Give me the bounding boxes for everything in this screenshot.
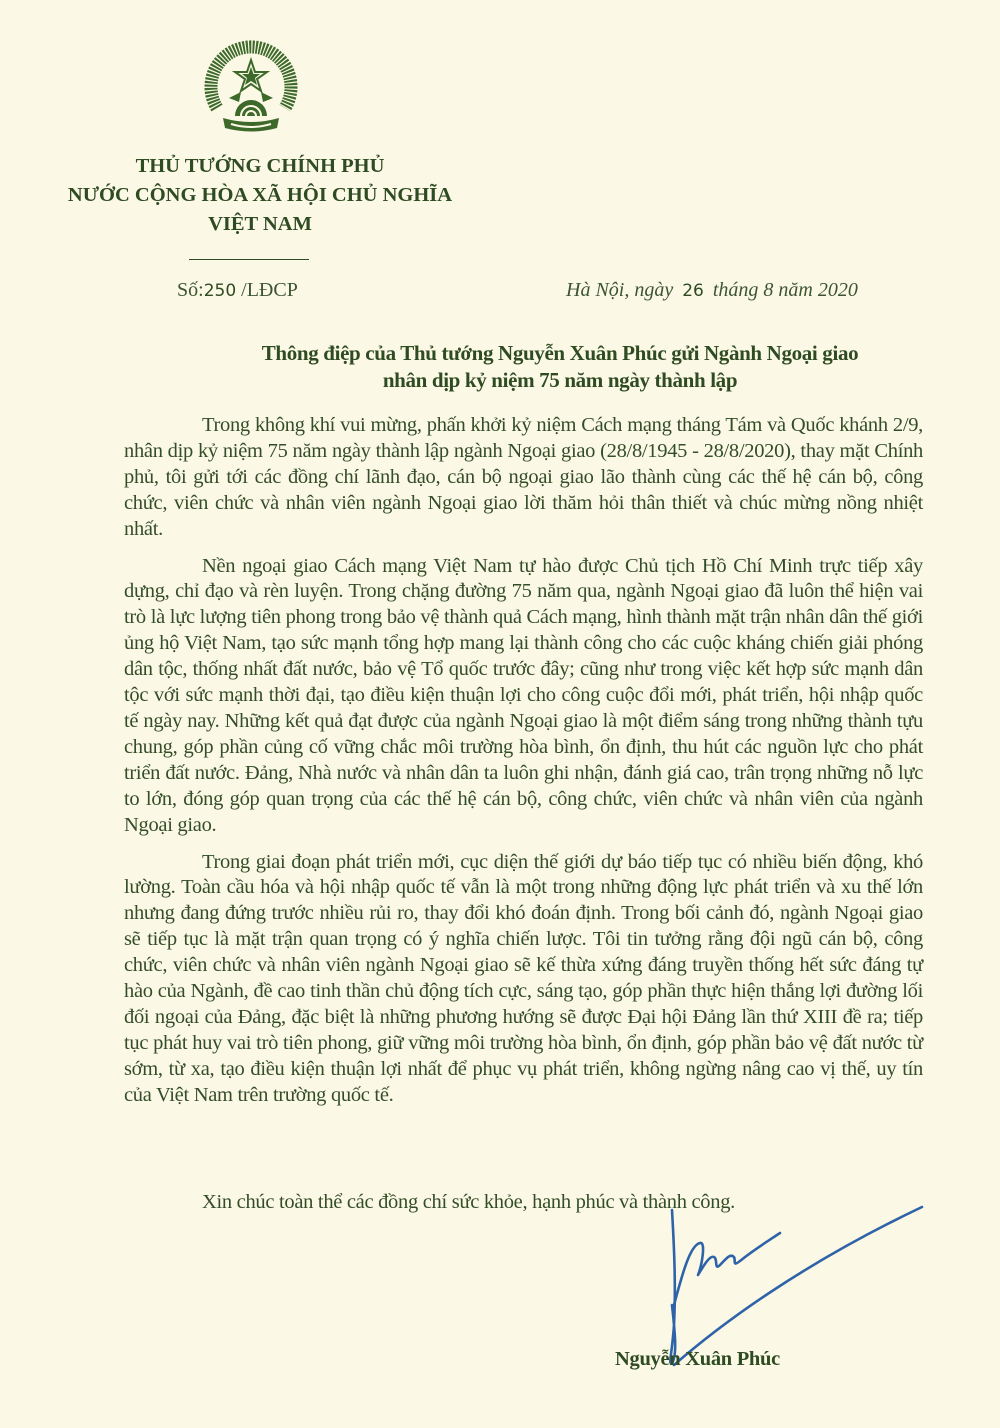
letterhead: THỦ TƯỚNG CHÍNH PHỦ NƯỚC CỘNG HÒA XÃ HỘI…	[40, 152, 480, 239]
date-prefix: Hà Nội, ngày	[566, 279, 673, 301]
doc-number-suffix: /LĐCP	[241, 279, 298, 301]
letterhead-line-country: NƯỚC CỘNG HÒA XÃ HỘI CHỦ NGHĨA	[40, 181, 480, 210]
closing-line: Xin chúc toàn thể các đồng chí sức khỏe,…	[202, 1191, 735, 1214]
letter-body: Trong không khí vui mừng, phấn khởi kỷ n…	[124, 413, 923, 1120]
doc-number-value: 250	[204, 281, 236, 301]
signer-name: Nguyễn Xuân Phúc	[615, 1348, 780, 1371]
date-day: 26	[678, 281, 708, 301]
body-paragraph: Nền ngoại giao Cách mạng Việt Nam tự hào…	[124, 554, 923, 839]
doc-number-prefix: Số:	[177, 279, 204, 301]
place-and-date: Hà Nội, ngày 26 tháng 8 năm 2020	[566, 279, 858, 302]
letterhead-line-office: THỦ TƯỚNG CHÍNH PHỦ	[40, 152, 480, 181]
title-line-1: Thông điệp của Thủ tướng Nguyễn Xuân Phú…	[200, 340, 920, 367]
document-number: Số:250 /LĐCP	[177, 279, 298, 302]
document-title: Thông điệp của Thủ tướng Nguyễn Xuân Phú…	[200, 340, 920, 394]
body-paragraph: Trong không khí vui mừng, phấn khởi kỷ n…	[124, 413, 923, 543]
letterhead-line-country-name: VIỆT NAM	[40, 210, 480, 239]
national-emblem-icon	[199, 36, 303, 140]
title-line-2: nhân dịp kỷ niệm 75 năm ngày thành lập	[200, 367, 920, 394]
date-suffix: tháng 8 năm 2020	[713, 279, 858, 301]
header-divider	[189, 259, 309, 260]
body-paragraph: Trong giai đoạn phát triển mới, cục diện…	[124, 850, 923, 1109]
